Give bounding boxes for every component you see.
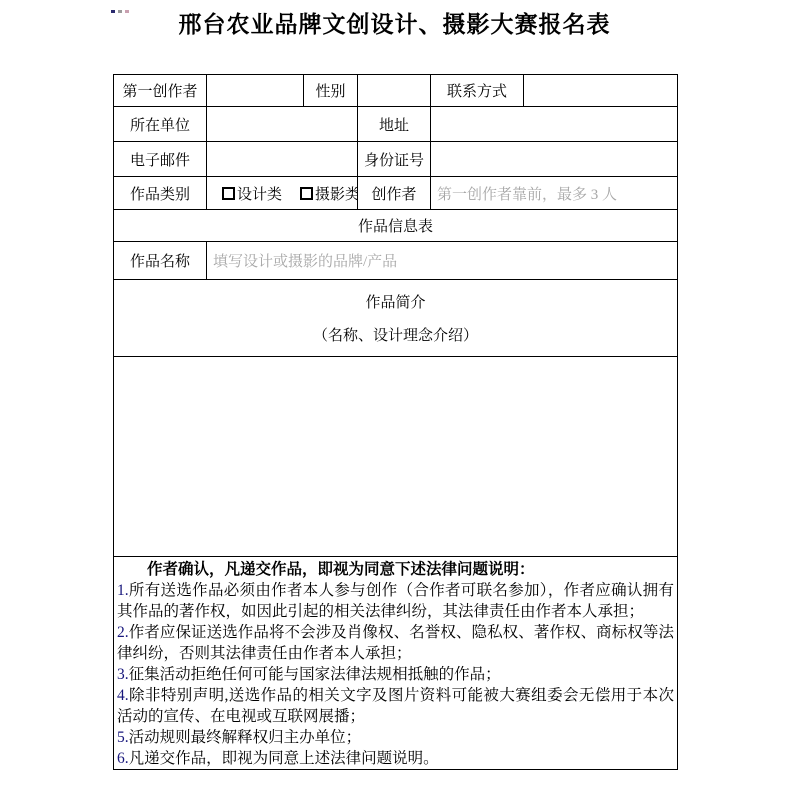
contact-input[interactable]	[524, 75, 678, 107]
legal-item: 1.所有送选作品必须由作者本人参与创作（合作者可联名参加），作者应确认拥有其作品…	[117, 580, 674, 622]
organization-input[interactable]	[207, 107, 358, 142]
form-row: 电子邮件 身份证号	[114, 142, 678, 177]
creators-label: 创作者	[358, 177, 431, 210]
id-number-input[interactable]	[431, 142, 678, 177]
legal-notice-cell: 作者确认，凡递交作品，即视为同意下述法律问题说明： 1.所有送选作品必须由作者本…	[114, 557, 678, 770]
legal-item-number: 6.	[117, 750, 129, 767]
work-name-label: 作品名称	[114, 242, 207, 280]
legal-item-number: 5.	[117, 729, 129, 746]
category-options-cell: 设计类摄影类	[207, 177, 358, 210]
form-row: 作品名称 填写设计或摄影的品牌/产品	[114, 242, 678, 280]
address-input[interactable]	[431, 107, 678, 142]
legal-item-number: 1.	[117, 582, 129, 599]
creators-input[interactable]: 第一创作者靠前，最多 3 人	[431, 177, 678, 210]
legal-item: 4.除非特别声明,送选作品的相关文字及图片资料可能被大赛组委会无偿用于本次活动的…	[117, 685, 674, 727]
checkbox-design-label: 设计类	[237, 187, 282, 203]
form-row: 作者确认，凡递交作品，即视为同意下述法律问题说明： 1.所有送选作品必须由作者本…	[114, 557, 678, 770]
contact-label: 联系方式	[431, 75, 524, 107]
work-intro-header-cell: 作品简介 （名称、设计理念介绍）	[114, 280, 678, 357]
document-page: { "page_title": "邢台农业品牌文创设计、摄影大赛报名表", "f…	[0, 0, 789, 811]
legal-item-number: 2.	[117, 624, 129, 641]
first-creator-input[interactable]	[207, 75, 304, 107]
legal-item: 5.活动规则最终解释权归主办单位；	[117, 727, 674, 748]
id-number-label: 身份证号	[358, 142, 431, 177]
form-row	[114, 357, 678, 557]
legal-item-number: 3.	[117, 666, 129, 683]
work-name-input[interactable]: 填写设计或摄影的品牌/产品	[207, 242, 678, 280]
legal-item-text: 征集活动拒绝任何可能与国家法律法规相抵触的作品；	[129, 666, 501, 683]
first-creator-label: 第一创作者	[114, 75, 207, 107]
gender-label: 性别	[304, 75, 358, 107]
legal-item-text: 作者应保证送选作品将不会涉及肖像权、名誉权、隐私权、著作权、商标权等法律纠纷，否…	[117, 624, 674, 662]
category-label: 作品类别	[114, 177, 207, 210]
legal-item-text: 活动规则最终解释权归主办单位；	[129, 729, 362, 746]
legal-item-text: 除非特别声明,送选作品的相关文字及图片资料可能被大赛组委会无偿用于本次活动的宣传…	[117, 687, 674, 725]
gender-input[interactable]	[358, 75, 431, 107]
form-row: 作品简介 （名称、设计理念介绍）	[114, 280, 678, 357]
organization-label: 所在单位	[114, 107, 207, 142]
work-intro-subtitle: （名称、设计理念介绍）	[120, 324, 671, 345]
checkbox-option-photography[interactable]: 摄影类	[300, 183, 357, 204]
email-input[interactable]	[207, 142, 358, 177]
work-intro-text-area[interactable]	[114, 357, 678, 557]
work-info-section-title: 作品信息表	[114, 210, 678, 242]
form-row: 作品类别 设计类摄影类 创作者 第一创作者靠前，最多 3 人	[114, 177, 678, 210]
legal-item: 2.作者应保证送选作品将不会涉及肖像权、名誉权、隐私权、著作权、商标权等法律纠纷…	[117, 622, 674, 664]
legal-item: 3.征集活动拒绝任何可能与国家法律法规相抵触的作品；	[117, 664, 674, 685]
work-intro-title: 作品简介	[120, 291, 671, 312]
address-label: 地址	[358, 107, 431, 142]
checkbox-option-design[interactable]: 设计类	[222, 183, 282, 204]
legal-item-text: 凡递交作品，即视为同意上述法律问题说明。	[129, 750, 439, 767]
legal-item-text: 所有送选作品必须由作者本人参与创作（合作者可联名参加），作者应确认拥有其作品的著…	[117, 582, 674, 620]
checkbox-photography-label: 摄影类	[315, 187, 357, 203]
form-row: 作品信息表	[114, 210, 678, 242]
clipped-text-fragment	[111, 0, 132, 3]
legal-item: 6.凡递交作品，即视为同意上述法律问题说明。	[117, 748, 674, 769]
checkbox-square-icon[interactable]	[222, 187, 235, 200]
email-label: 电子邮件	[114, 142, 207, 177]
checkbox-square-icon[interactable]	[300, 187, 313, 200]
registration-form-table: 第一创作者 性别 联系方式 所在单位 地址 电子邮件 身份证号 作品类别 设计类…	[113, 74, 678, 770]
form-row: 第一创作者 性别 联系方式	[114, 75, 678, 107]
legal-item-number: 4.	[117, 687, 129, 704]
legal-header: 作者确认，凡递交作品，即视为同意下述法律问题说明：	[117, 559, 674, 580]
page-title: 邢台农业品牌文创设计、摄影大赛报名表	[0, 6, 789, 39]
form-row: 所在单位 地址	[114, 107, 678, 142]
